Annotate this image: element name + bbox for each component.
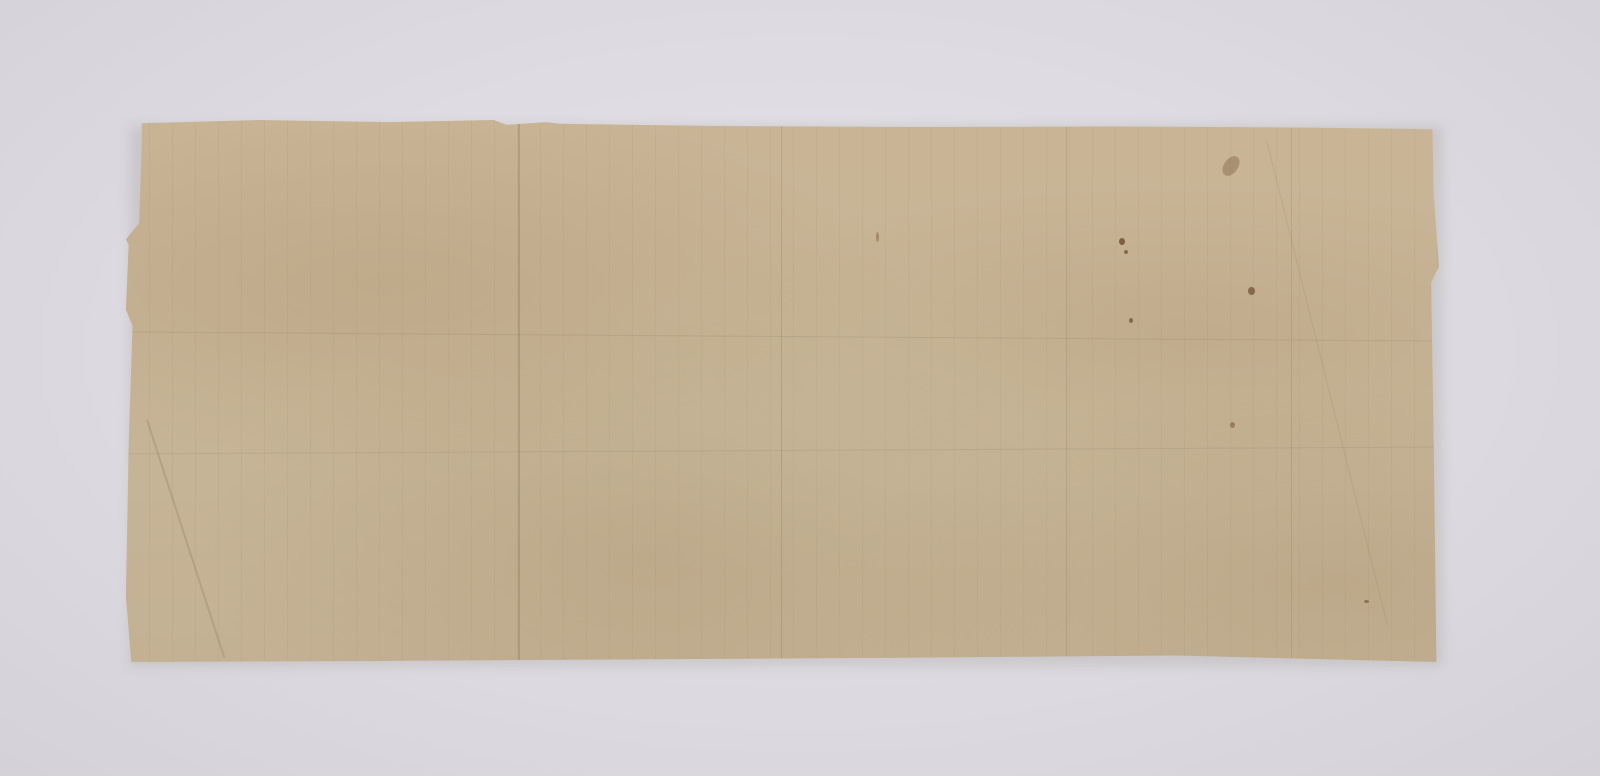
fold-line (126, 447, 1439, 455)
fold-line (1291, 120, 1292, 662)
ink-spot (1364, 600, 1369, 603)
fold-line (126, 331, 1439, 341)
ink-spot (876, 232, 879, 242)
aged-paper-note (126, 120, 1439, 662)
fold-line (146, 419, 225, 657)
ink-spot (1124, 250, 1128, 254)
ink-spot (1129, 318, 1133, 323)
ink-spot (1119, 238, 1125, 245)
fold-line (518, 120, 520, 662)
fold-line (781, 120, 782, 662)
fold-line (1066, 120, 1067, 662)
ink-spot (1219, 153, 1243, 179)
ink-spot (1248, 287, 1255, 295)
fold-line (1266, 140, 1388, 625)
ink-spot (1230, 422, 1235, 428)
